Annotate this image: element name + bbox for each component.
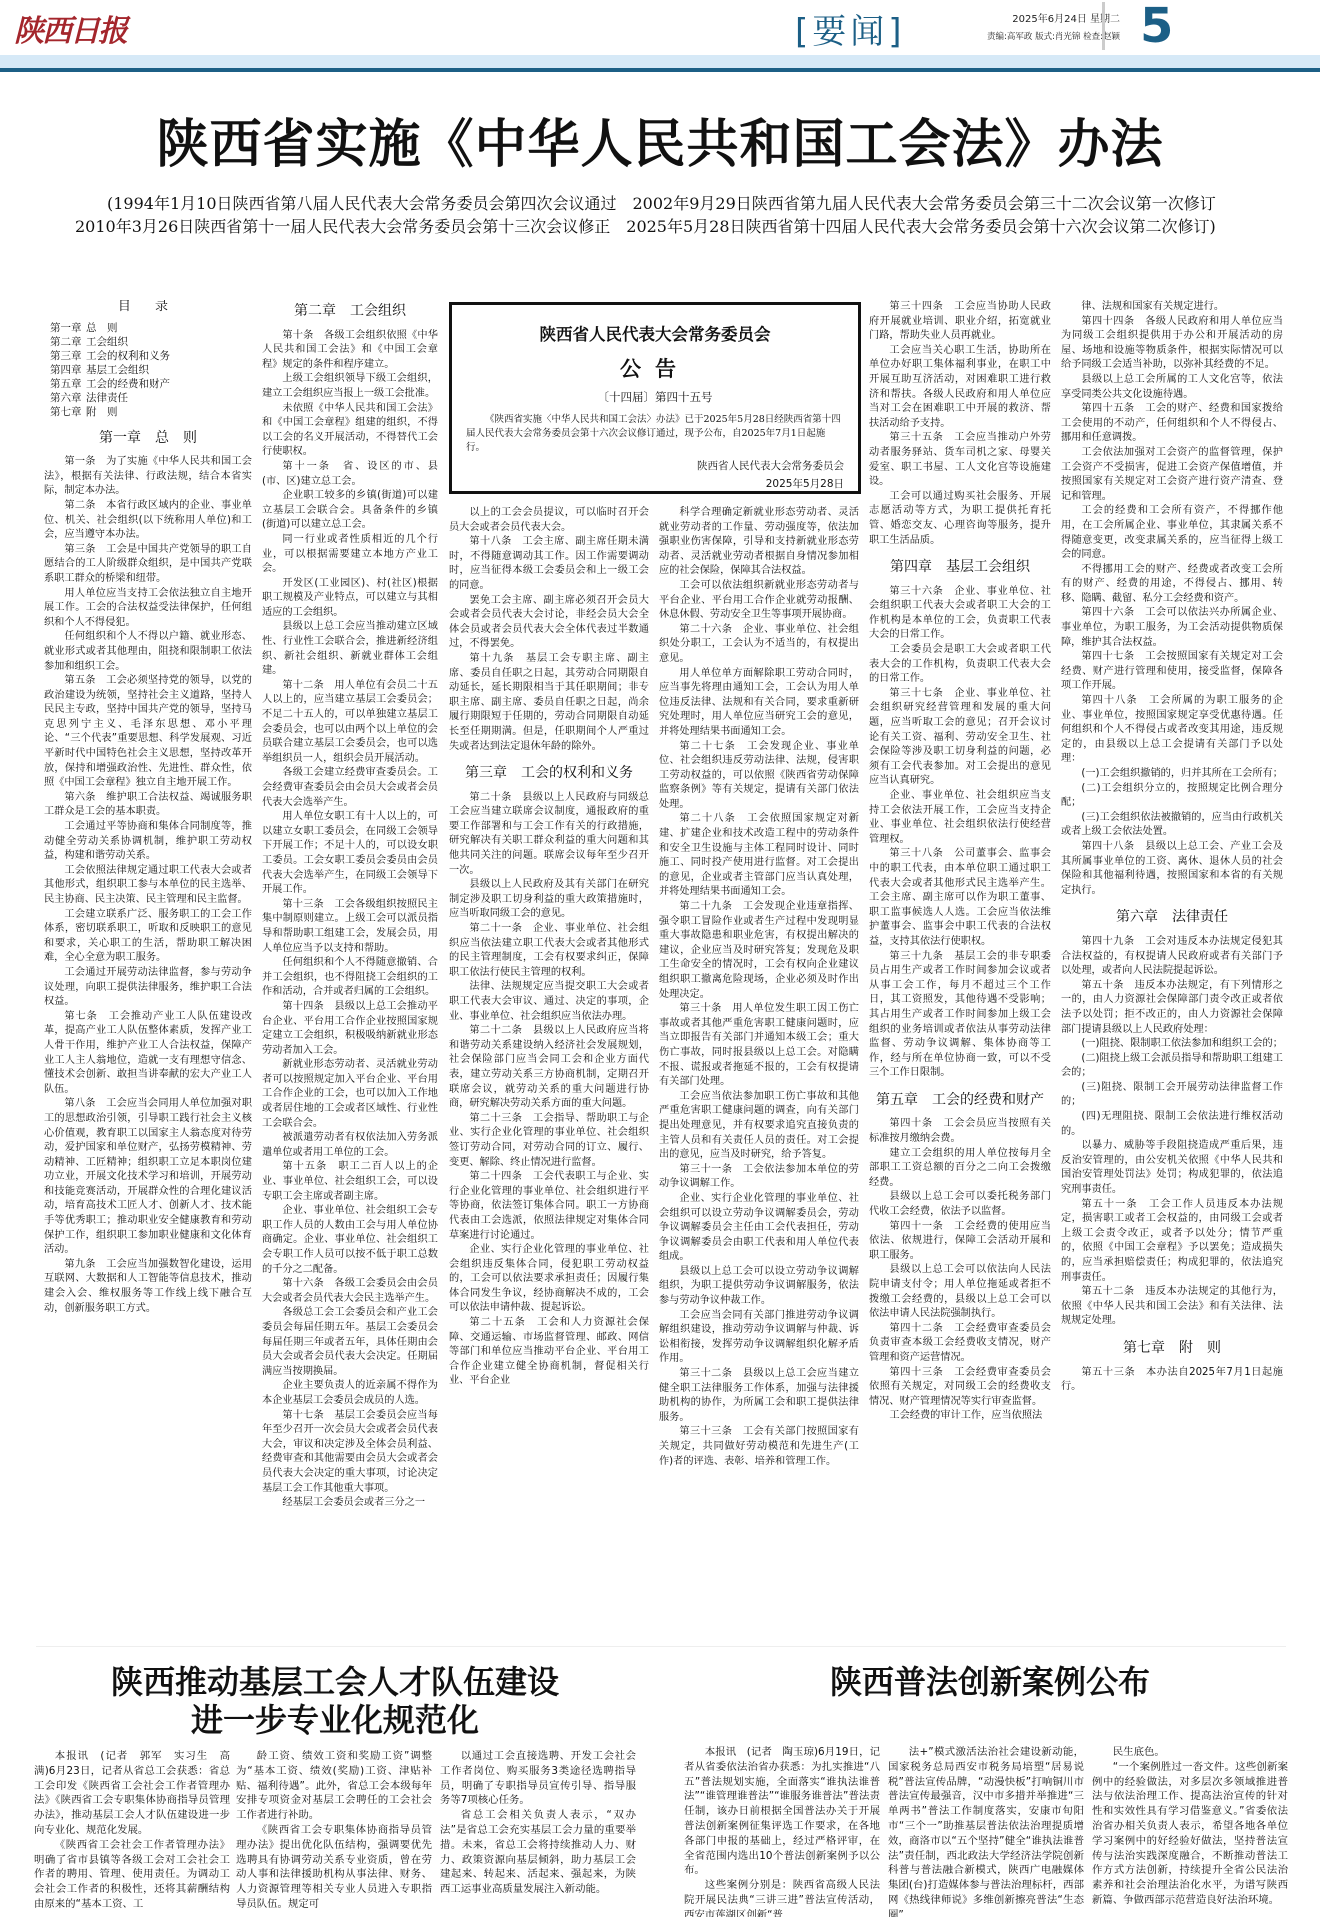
paragraph: 罢免工会主席、副主席必须召开会员大会或者会员代表大会讨论，非经会员大会全体会员或…	[449, 594, 649, 652]
toc-item: 第二章工会组织	[44, 335, 252, 349]
paragraph: 用人单位单方面解除职工劳动合同时，应当事先将理由通知工会，工会认为用人单位违反法…	[659, 667, 859, 740]
paragraph: 第四十六条 工会可以依法兴办所属企业、事业单位，为职工服务，为工会活动提供物质保…	[1061, 606, 1283, 650]
paragraph: 企业职工较多的乡镇(街道)可以建立基层工会联合会。具备条件的乡镇(街道)可以建立…	[262, 489, 438, 533]
toc-chapter-name: 附 则	[86, 406, 118, 418]
paragraph: 开发区(工业园区)、村(社区)根据职工规模及产业特点，可以建立与其相适应的工会组…	[262, 577, 438, 621]
article-paragraphs: 第四十九条 工会对违反本办法规定侵犯其合法权益的，有权提请人民政府或者有关部门予…	[1061, 935, 1283, 1329]
article3-title: 陕西普法创新案例公布	[660, 1663, 1320, 1701]
paragraph: 第二十一条 企业、事业单位、社会组织应当依法建立职工代表大会或者其他形式的民主管…	[449, 922, 649, 980]
toc-item: 第四章基层工会组织	[44, 363, 252, 377]
paragraph: 第二十三条 工会指导、帮助职工与企业、实行企业化管理的事业单位、社会组织签订劳动…	[449, 1112, 649, 1170]
paragraph: 第二十七条 工会发现企业、事业单位、社会组织违反劳动法律、法规，侵害职工劳动权益…	[659, 740, 859, 813]
paragraph: 第七条 工会推动产业工人队伍建设改革，提高产业工人队伍整体素质，发挥产业工人骨干…	[44, 1010, 252, 1098]
table-of-contents: 第一章总 则第二章工会组织第三章工会的权利和义务第四章基层工会组织第五章工会的经…	[44, 321, 252, 419]
paragraph: 第十四条 县级以上总工会推动平台企业、平台用工合作企业按照国家规定建立工会组织，…	[262, 1000, 438, 1058]
toc-item: 第六章法律责任	[44, 391, 252, 405]
paragraph: 以上的工会会员提议，可以临时召开会员大会或者会员代表大会。	[449, 506, 649, 535]
paragraph: 第四十二条 工会经费审查委员会负责审查本级工会经费收支情况，财产管理和资产运营情…	[869, 1322, 1051, 1366]
paragraph: (二)阻挠上级工会派员指导和帮助职工组建工会的；	[1061, 1052, 1283, 1081]
notice-date: 2025年5月28日	[466, 477, 844, 491]
article-column-4: 科学合理确定新就业形态劳动者、灵活就业劳动者的工作量、劳动强度等，依法加强职业伤…	[659, 506, 859, 1590]
legislative-history: (1994年1月10日陕西省第八届人民代表大会常务委员会第四次会议通过 2002…	[75, 192, 1255, 238]
paragraph: 第二十条 县级以上人民政府与同级总工会应当建立联席会议制度，通报政府的重要工作部…	[449, 791, 649, 879]
paragraph: 《陕西省工会专职集体协商指导员管理办法》提出优化队伍结构，强调要优先选聘具有协调…	[236, 1823, 432, 1912]
article-column-6: 律、法规和国家有关规定进行。第四十四条 各级人民政府和用人单位应当为同级工会组织…	[1061, 300, 1283, 1590]
masthead-band	[0, 55, 1320, 68]
paragraph: 县级以上总工会可以依法向人民法院申请支付令；用人单位拖延或者拒不拨缴工会经费的，…	[869, 1263, 1051, 1321]
paragraph: 用人单位应当支持工会依法独立自主地开展工作。工会的合法权益受法律保护，任何组织和…	[44, 587, 252, 631]
paragraph: 县级以上人民政府及其有关部门在研究制定涉及职工切身利益的重大政策措施时，应当听取…	[449, 878, 649, 922]
article-column-3: 以上的工会会员提议，可以临时召开会员大会或者会员代表大会。第十八条 工会主席、副…	[449, 506, 649, 1590]
paragraph: 法+”模式激活法治社会建设新动能，国家税务总局西安市税务局培塑“居易说税”普法宣…	[888, 1745, 1084, 1917]
paragraph: 第十六条 各级工会委员会由会员大会或者会员代表大会民主选举产生。	[262, 1277, 438, 1306]
article-paragraphs: 第二十条 县级以上人民政府与同级总工会应当建立联席会议制度，通报政府的重要工作部…	[449, 791, 649, 1389]
paragraph: 工会通过平等协商和集体合同制度等，推动健全劳动关系协调机制，维护职工劳动权益，构…	[44, 820, 252, 864]
paragraph: 工会委员会是职工大会或者职工代表大会的工作机构，负责职工代表大会的日常工作。	[869, 643, 1051, 687]
paragraph: 第四十七条 工会按照国家有关规定对工会经费、财产进行管理和使用，接受监督，保障各…	[1061, 650, 1283, 694]
toc-chapter-number: 第一章	[50, 321, 86, 335]
paragraph: 第三十六条 企业、事业单位、社会组织职工代表大会或者职工大会的工作机构是本单位的…	[869, 585, 1051, 643]
paragraph: 第三十一条 工会依法参加本单位的劳动争议调解工作。	[659, 1163, 859, 1192]
paragraph: 企业、事业单位、社会组织应当支持工会依法开展工作，工会应当支持企业、事业单位、社…	[869, 789, 1051, 847]
paragraph: 建立工会组织的用人单位按每月全部职工工资总额的百分之二向工会拨缴经费。	[869, 1147, 1051, 1191]
toc-chapter-number: 第二章	[50, 335, 86, 349]
paragraph: 企业、实行企业化管理的事业单位、社会组织违反集体合同，侵犯职工劳动权益的，工会可…	[449, 1243, 649, 1316]
chapter-heading: 第二章 工会组织	[262, 304, 438, 319]
paragraph: 本报讯 (记者 陶玉琼)6月19日，记者从省委依法治省办获悉：为扎实推进“八五”…	[684, 1745, 880, 1878]
paragraph: 第十条 各级工会组织依照《中华人民共和国工会法》和《中国工会章程》规定的条件和程…	[262, 329, 438, 373]
paragraph: 第四十五条 工会的财产、经费和国家拨给工会使用的不动产，任何组织和个人不得侵占、…	[1061, 402, 1283, 446]
paragraph: 第四十八条 县级以上总工会、产业工会及其所属事业单位的工资、离休、退休人员的社会…	[1061, 840, 1283, 898]
paragraph: 第十八条 工会主席、副主席任期未满时，不得随意调动其工作。因工作需要调动时，应当…	[449, 535, 649, 593]
article-paragraphs: 第五十三条 本办法自2025年7月1日起施行。	[1061, 1366, 1283, 1395]
paragraph: 第十九条 基层工会专职主席、副主席、委员自任职之日起，其劳动合同期限自动延长，延…	[449, 652, 649, 754]
masthead-divider	[1102, 2, 1105, 50]
section-name: [要闻]	[795, 4, 906, 53]
paragraph: 第十二条 用人单位有会员二十五人以上的，应当建立基层工会委员会；不足二十五人的，…	[262, 679, 438, 767]
article2-title: 陕西推动基层工会人才队伍建设 进一步专业化规范化	[30, 1663, 640, 1739]
toc-item: 第三章工会的权利和义务	[44, 349, 252, 363]
paragraph: 第四十四条 各级人民政府和用人单位应当为同级工会组织提供用于办公和开展活动的房屋…	[1061, 315, 1283, 373]
paragraph: 第四十八条 工会所属的为职工服务的企业、事业单位，按照国家规定享受优惠待遇。任何…	[1061, 694, 1283, 767]
article-paragraphs: 第十条 各级工会组织依照《中华人民共和国工会法》和《中国工会章程》规定的条件和程…	[262, 329, 438, 1511]
paragraph: 这些案例分别是：陕西省高级人民法院开展民法典“三讲三进”普法宣传活动，西安市莲湖…	[684, 1878, 880, 1917]
toc-chapter-number: 第三章	[50, 349, 86, 363]
toc-chapter-name: 总 则	[86, 322, 118, 334]
paragraph: 未依照《中华人民共和国工会法》和《中国工会章程》组建的组织，不得以工会的名义开展…	[262, 402, 438, 460]
paragraph: (二)工会组织分立的，按照规定比例合理分配；	[1061, 782, 1283, 811]
toc-item: 第一章总 则	[44, 321, 252, 335]
toc-chapter-name: 法律责任	[86, 392, 128, 404]
chapter-heading: 第五章 工会的经费和财产	[869, 1093, 1051, 1108]
paragraph: 第四十九条 工会对违反本办法规定侵犯其合法权益的，有权提请人民政府或者有关部门予…	[1061, 935, 1283, 979]
article2-title-line2: 进一步专业化规范化	[30, 1701, 640, 1739]
chapter-heading: 第四章 基层工会组织	[869, 560, 1051, 575]
article-column-5: 第三十四条 工会应当协助人民政府开展就业培训、职业介绍，拓宽就业门路，帮助失业人…	[869, 300, 1051, 1590]
section-divider	[36, 1646, 1286, 1647]
toc-title: 目 录	[44, 300, 252, 315]
toc-chapter-number: 第七章	[50, 405, 86, 419]
chapter-heading: 第一章 总 则	[44, 431, 252, 446]
paragraph: 工会可以通过购买社会服务、开展志愿活动等方式，为职工提供托育托管、婚恋交友、心理…	[869, 490, 1051, 548]
masthead: 陕西日报 [要闻] 2025年6月24日 星期二 责编:高军政 版式:肖光锦 检…	[0, 0, 1320, 55]
toc-chapter-name: 工会的权利和义务	[86, 350, 170, 362]
paragraph: 上级工会组织领导下级工会组织，建立工会组织应当报上一级工会批准。	[262, 372, 438, 401]
chapter-heading: 第三章 工会的权利和义务	[449, 766, 649, 781]
article3-column-1: 本报讯 (记者 陶玉琼)6月19日，记者从省委依法治省办获悉：为扎实推进“八五”…	[684, 1745, 880, 1917]
paragraph: 本报讯 (记者 郭军 实习生 高满)6月23日，记者从省总工会获悉：省总工会印发…	[34, 1749, 230, 1838]
paragraph: 第八条 工会应当会同用人单位加强对职工的思想政治引领，引导职工践行社会主义核心价…	[44, 1097, 252, 1258]
article-paragraphs: 本报讯 (记者 郭军 实习生 高满)6月23日，记者从省总工会获悉：省总工会印发…	[34, 1749, 230, 1912]
paragraph: 第三十七条 企业、事业单位、社会组织研究经营管理和发展的重大问题，应当听取工会的…	[869, 687, 1051, 789]
paragraph: 第三条 工会是中国共产党领导的职工自愿结合的工人阶级群众组织，是中国共产党联系职…	[44, 543, 252, 587]
toc-item: 第七章附 则	[44, 405, 252, 419]
paragraph: 县级以上总工会可以设立劳动争议调解组织，为职工提供劳动争议调解服务，依法参与劳动…	[659, 1265, 859, 1309]
article2-column-2: 龄工资、绩效工资和奖励工资”调整为“基本工资、绩效(奖励)工资、津贴补贴、福利待…	[236, 1749, 432, 1917]
toc-chapter-name: 工会组织	[86, 336, 128, 348]
notice-title: 公告	[466, 353, 844, 383]
paragraph: 工会通过开展劳动法律监督，参与劳动争议处理，向职工提供法律服务，维护职工合法权益…	[44, 966, 252, 1010]
paragraph: 第三十三条 工会有关部门按照国家有关规定，共同做好劳动模范和先进生产(工作)者的…	[659, 1425, 859, 1469]
article-paragraphs: 法+”模式激活法治社会建设新动能，国家税务总局西安市税务局培塑“居易说税”普法宣…	[888, 1745, 1084, 1917]
paragraph: 工会应当会同有关部门推进劳动争议调解组织建设，推动劳动争议调解与仲裁、诉讼相衔接…	[659, 1309, 859, 1367]
notice-body: 《陕西省实施〈中华人民共和国工会法〉办法》已于2025年5月28日经陕西省第十四…	[466, 413, 844, 455]
paragraph: 县级以上总工会所属的工人文化宫等，依法享受同类公共文化设施待遇。	[1061, 373, 1283, 402]
paragraph: 第十五条 职工二百人以上的企业、事业单位、社会组织工会，可以设专职工会主席或者副…	[262, 1160, 438, 1204]
paragraph: 以暴力、威胁等手段阻挠造成严重后果，违反治安管理的，由公安机关依照《中华人民共和…	[1061, 1139, 1283, 1197]
article-paragraphs: 以通过工会直接选聘、开发工会社会工作者岗位、购买服务3类途径选聘指导员，明确了专…	[440, 1749, 636, 1897]
paragraph: 第四十三条 工会经费审查委员会依照有关规定，对同级工会的经费收支情况、财产管理情…	[869, 1366, 1051, 1410]
paragraph: 第二十四条 工会代表职工与企业、实行企业化管理的事业单位、社会组织进行平等协商，…	[449, 1170, 649, 1243]
article-column-1: 目 录 第一章总 则第二章工会组织第三章工会的权利和义务第四章基层工会组织第五章…	[44, 300, 252, 1590]
chapter-heading: 第六章 法律责任	[1061, 910, 1283, 925]
paragraph: 第五条 工会必须坚持党的领导，以党的政治建设为统领，坚持社会主义道路，坚持人民民…	[44, 674, 252, 791]
paragraph: 以通过工会直接选聘、开发工会社会工作者岗位、购买服务3类途径选聘指导员，明确了专…	[440, 1749, 636, 1808]
paragraph: 用人单位女职工有十人以上的，可以建立女职工委员会，在同级工会领导下开展工作；不足…	[262, 810, 438, 898]
paragraph: 第五十三条 本办法自2025年7月1日起施行。	[1061, 1366, 1283, 1395]
article-paragraphs: 第三十四条 工会应当协助人民政府开展就业培训、职业介绍，拓宽就业门路，帮助失业人…	[869, 300, 1051, 548]
paragraph: 第四十一条 工会经费的使用应当依法、依规进行，保障工会活动开展和职工服务。	[869, 1220, 1051, 1264]
article2-title-line1: 陕西推动基层工会人才队伍建设	[30, 1663, 640, 1701]
paragraph: 第二十八条 工会依照国家规定对新建、扩建企业和技术改造工程中的劳动条件和安全卫生…	[659, 812, 859, 900]
paragraph: (一)阻挠、限制职工依法参加和组织工会的；	[1061, 1037, 1283, 1052]
paragraph: 第十七条 基层工会委员会应当每年至少召开一次会员大会或者会员代表大会，审议和决定…	[262, 1409, 438, 1497]
paragraph: 不得挪用工会的财产、经费或者改变工会所有的财产、经费的用途，不得侵占、挪用、转移…	[1061, 563, 1283, 607]
paragraph: 工会可以依法组织新就业形态劳动者与平台企业、平台用工合作企业就劳动报酬、休息休假…	[659, 579, 859, 623]
toc-chapter-number: 第四章	[50, 363, 86, 377]
paragraph: 第五十二条 违反本办法规定的其他行为，依照《中华人民共和国工会法》和有关法律、法…	[1061, 1285, 1283, 1329]
paragraph: 第二十五条 工会和人力资源社会保障、交通运输、市场监督管理、邮政、网信等部门和单…	[449, 1316, 649, 1389]
paragraph: 任何组织和个人不得以户籍、就业形态、就业形式或者其他理由，阻挠和限制职工依法参加…	[44, 630, 252, 674]
paragraph: 被派遣劳动者有权依法加入劳务派遣单位或者用工单位的工会。	[262, 1131, 438, 1160]
paragraph: (三)阻挠、限制工会开展劳动法律监督工作的；	[1061, 1081, 1283, 1110]
issue-date: 2025年6月24日 星期二	[960, 10, 1120, 25]
article-paragraphs: 本报讯 (记者 陶玉琼)6月19日，记者从省委依法治省办获悉：为扎实推进“八五”…	[684, 1745, 880, 1917]
toc-chapter-name: 基层工会组织	[86, 364, 149, 376]
paragraph: 第三十八条 公司董事会、监事会中的职工代表，由本单位职工通过职工代表大会或者其他…	[869, 847, 1051, 949]
paragraph: 律、法规和国家有关规定进行。	[1061, 300, 1283, 315]
paragraph: 工会建立联系广泛、服务职工的工会工作体系，密切联系职工，听取和反映职工的意见和要…	[44, 908, 252, 966]
article-paragraphs: 以上的工会会员提议，可以临时召开会员大会或者会员代表大会。第十八条 工会主席、副…	[449, 506, 649, 754]
paragraph: 第二条 本省行政区域内的企业、事业单位、机关、社会组织(以下统称用人单位)和工会…	[44, 499, 252, 543]
article-paragraphs: 民生底色。“一个案例胜过一沓文件。这些创新案例中的经验做法，对多层次多领域推进普…	[1092, 1745, 1288, 1908]
paragraph: 第三十二条 县级以上总工会应当建立健全职工法律服务工作体系，加强与法律援助机构的…	[659, 1367, 859, 1425]
notice-org: 陕西省人民代表大会常务委员会	[466, 321, 844, 345]
notice-signer: 陕西省人民代表大会常务委员会	[466, 459, 844, 473]
article-paragraphs: 第四十条 工会会员应当按照有关标准按月缴纳会费。建立工会组织的用人单位按每月全部…	[869, 1117, 1051, 1423]
article-paragraphs: 科学合理确定新就业形态劳动者、灵活就业劳动者的工作量、劳动强度等，依法加强职业伤…	[659, 506, 859, 1469]
paragraph: (三)工会组织依法被撤销的，应当由行政机关或者上级工会依法处置。	[1061, 811, 1283, 840]
toc-chapter-name: 工会的经费和财产	[86, 378, 170, 390]
paragraph: 各级总工会工会委员会和产业工会委员会每届任期五年。基层工会委员会每届任期三年或者…	[262, 1306, 438, 1379]
paragraph: 各级工会建立经费审查委员会。工会经费审查委员会由会员大会或者会员代表大会选举产生…	[262, 766, 438, 810]
paragraph: 法律、法规规定应当提交职工大会或者职工代表大会审议、通过、决定的事项，企业、事业…	[449, 980, 649, 1024]
paragraph: 第六条 维护职工合法权益、竭诚服务职工群众是工会的基本职责。	[44, 791, 252, 820]
paragraph: 龄工资、绩效工资和奖励工资”调整为“基本工资、绩效(奖励)工资、津贴补贴、福利待…	[236, 1749, 432, 1823]
paragraph: 第十一条 省、设区的市、县(市、区)建立总工会。	[262, 460, 438, 489]
paragraph: 省总工会相关负责人表示，“双办法”是省总工会充实基层工会力量的重要举措。未来，省…	[440, 1808, 636, 1897]
newspaper-logo: 陕西日报	[14, 6, 126, 50]
article-column-2: 第二章 工会组织 第十条 各级工会组织依照《中华人民共和国工会法》和《中国工会章…	[262, 300, 438, 1590]
notice-number: 〔十四届〕第四十五号	[466, 389, 844, 405]
paragraph: 第三十四条 工会应当协助人民政府开展就业培训、职业介绍，拓宽就业门路，帮助失业人…	[869, 300, 1051, 344]
toc-item: 第五章工会的经费和财产	[44, 377, 252, 391]
paragraph: “一个案例胜过一沓文件。这些创新案例中的经验做法，对多层次多领域推进普法与依法治…	[1092, 1760, 1288, 1908]
chapter-heading: 第七章 附 则	[1061, 1341, 1283, 1356]
paragraph: 《陕西省工会社会工作者管理办法》明确了省市县镇等各级工会对工会社会工作者的聘用、…	[34, 1838, 230, 1912]
toc-chapter-number: 第六章	[50, 391, 86, 405]
paragraph: 企业、事业单位、社会组织工会专职工作人员的人数由工会与用人单位协商确定。企业、事…	[262, 1204, 438, 1277]
paragraph: 同一行业或者性质相近的几个行业，可以根据需要建立本地方产业工会。	[262, 533, 438, 577]
paragraph: (四)无理阻挠、限制工会依法进行维权活动的。	[1061, 1110, 1283, 1139]
paragraph: 工会应当依法参加职工伤亡事故和其他严重危害职工健康问题的调查，向有关部门提出处理…	[659, 1090, 859, 1163]
editors-credit: 责编:高军政 版式:肖光锦 检查:赵颖	[960, 30, 1120, 42]
masthead-rule	[0, 68, 1320, 72]
paragraph: 县级以上总工会应当推动建立区域性、行业性工会联合会，推进新经济组织、新社会组织、…	[262, 620, 438, 678]
paragraph: 第一条 为了实施《中华人民共和国工会法》，根据有关法律、行政法规，结合本省实际，…	[44, 455, 252, 499]
article3-column-2: 法+”模式激活法治社会建设新动能，国家税务总局西安市税务局培塑“居易说税”普法宣…	[888, 1745, 1084, 1917]
paragraph: 第五十条 违反本办法规定，有下列情形之一的，由人力资源社会保障部门责令改正或者依…	[1061, 979, 1283, 1037]
article-title: 陕西省实施《中华人民共和国工会法》办法	[0, 102, 1320, 177]
paragraph: 第二十二条 县级以上人民政府应当将和谐劳动关系建设纳入经济社会发展规划，社会保险…	[449, 1024, 649, 1112]
paragraph: 经基层工会委员会或者三分之一	[262, 1496, 438, 1511]
toc-chapter-number: 第五章	[50, 377, 86, 391]
article2-column-3: 以通过工会直接选聘、开发工会社会工作者岗位、购买服务3类途径选聘指导员，明确了专…	[440, 1749, 636, 1917]
paragraph: 县级以上总工会可以委托税务部门代收工会经费，依法予以监督。	[869, 1190, 1051, 1219]
paragraph: (一)工会组织撤销的，归并其所在工会所有；	[1061, 767, 1283, 782]
paragraph: 第二十六条 企业、事业单位、社会组织处分职工，工会认为不适当的，有权提出意见。	[659, 623, 859, 667]
article-paragraphs: 第一条 为了实施《中华人民共和国工会法》，根据有关法律、行政法规，结合本省实际，…	[44, 455, 252, 1316]
paragraph: 民生底色。	[1092, 1745, 1288, 1760]
paragraph: 新就业形态劳动者、灵活就业劳动者可以按照规定加入平台企业、平台用工合作企业的工会…	[262, 1058, 438, 1131]
paragraph: 企业主要负责人的近亲属不得作为本企业基层工会委员会成员的人选。	[262, 1379, 438, 1408]
article-paragraphs: 第三十六条 企业、事业单位、社会组织职工代表大会或者职工大会的工作机构是本单位的…	[869, 585, 1051, 1081]
paragraph: 工会的经费和工会所有资产，不得挪作他用，在工会所属企业、事业单位，其隶属关系不得…	[1061, 504, 1283, 562]
article3-column-3: 民生底色。“一个案例胜过一沓文件。这些创新案例中的经验做法，对多层次多领域推进普…	[1092, 1745, 1288, 1917]
page-number: 5	[1140, 0, 1173, 54]
paragraph: 第三十条 用人单位发生职工因工伤亡事故或者其他严重危害职工健康问题时，应当立即报…	[659, 1002, 859, 1090]
paragraph: 企业、实行企业化管理的事业单位、社会组织可以设立劳动争议调解委员会，劳动争议调解…	[659, 1192, 859, 1265]
official-notice-box: 陕西省人民代表大会常务委员会 公告 〔十四届〕第四十五号 《陕西省实施〈中华人民…	[449, 302, 861, 494]
paragraph: 第五十一条 工会工作人员违反本办法规定，损害职工或者工会权益的，由同级工会或者上…	[1061, 1198, 1283, 1286]
paragraph: 工会应当关心职工生活，协助所在单位办好职工集体福利事业，在职工中开展互助互济活动…	[869, 344, 1051, 432]
article-paragraphs: 律、法规和国家有关规定进行。第四十四条 各级人民政府和用人单位应当为同级工会组织…	[1061, 300, 1283, 898]
paragraph: 第十三条 工会各级组织按照民主集中制原则建立。上级工会可以派员指导和帮助职工组建…	[262, 898, 438, 956]
paragraph: 第三十五条 工会应当推动户外劳动者服务驿站、货车司机之家、母婴关爱室、职工书屋、…	[869, 431, 1051, 489]
paragraph: 科学合理确定新就业形态劳动者、灵活就业劳动者的工作量、劳动强度等，依法加强职业伤…	[659, 506, 859, 579]
paragraph: 工会经费的审计工作，应当依照法	[869, 1409, 1051, 1424]
paragraph: 工会依照法律规定通过职工代表大会或者其他形式，组织职工参与本单位的民主选举、民主…	[44, 864, 252, 908]
paragraph: 第九条 工会应当加强数智化建设，运用互联网、大数据和人工智能等信息技术，推动建会…	[44, 1258, 252, 1316]
paragraph: 第二十九条 工会发现企业违章指挥、强令职工冒险作业或者生产过程中发现明显重大事故…	[659, 900, 859, 1002]
article-paragraphs: 龄工资、绩效工资和奖励工资”调整为“基本工资、绩效(奖励)工资、津贴补贴、福利待…	[236, 1749, 432, 1912]
paragraph: 工会依法加强对工会资产的监督管理，保护工会资产不受损害，促进工会资产保值增值，并…	[1061, 446, 1283, 504]
paragraph: 任何组织和个人不得随意撤销、合并工会组织，也不得阻挠工会组织的工作和活动，合并或…	[262, 956, 438, 1000]
article2-column-1: 本报讯 (记者 郭军 实习生 高满)6月23日，记者从省总工会获悉：省总工会印发…	[34, 1749, 230, 1917]
paragraph: 第四十条 工会会员应当按照有关标准按月缴纳会费。	[869, 1117, 1051, 1146]
paragraph: 第三十九条 基层工会的非专职委员占用生产或者工作时间参加会议或者从事工会工作，每…	[869, 950, 1051, 1081]
